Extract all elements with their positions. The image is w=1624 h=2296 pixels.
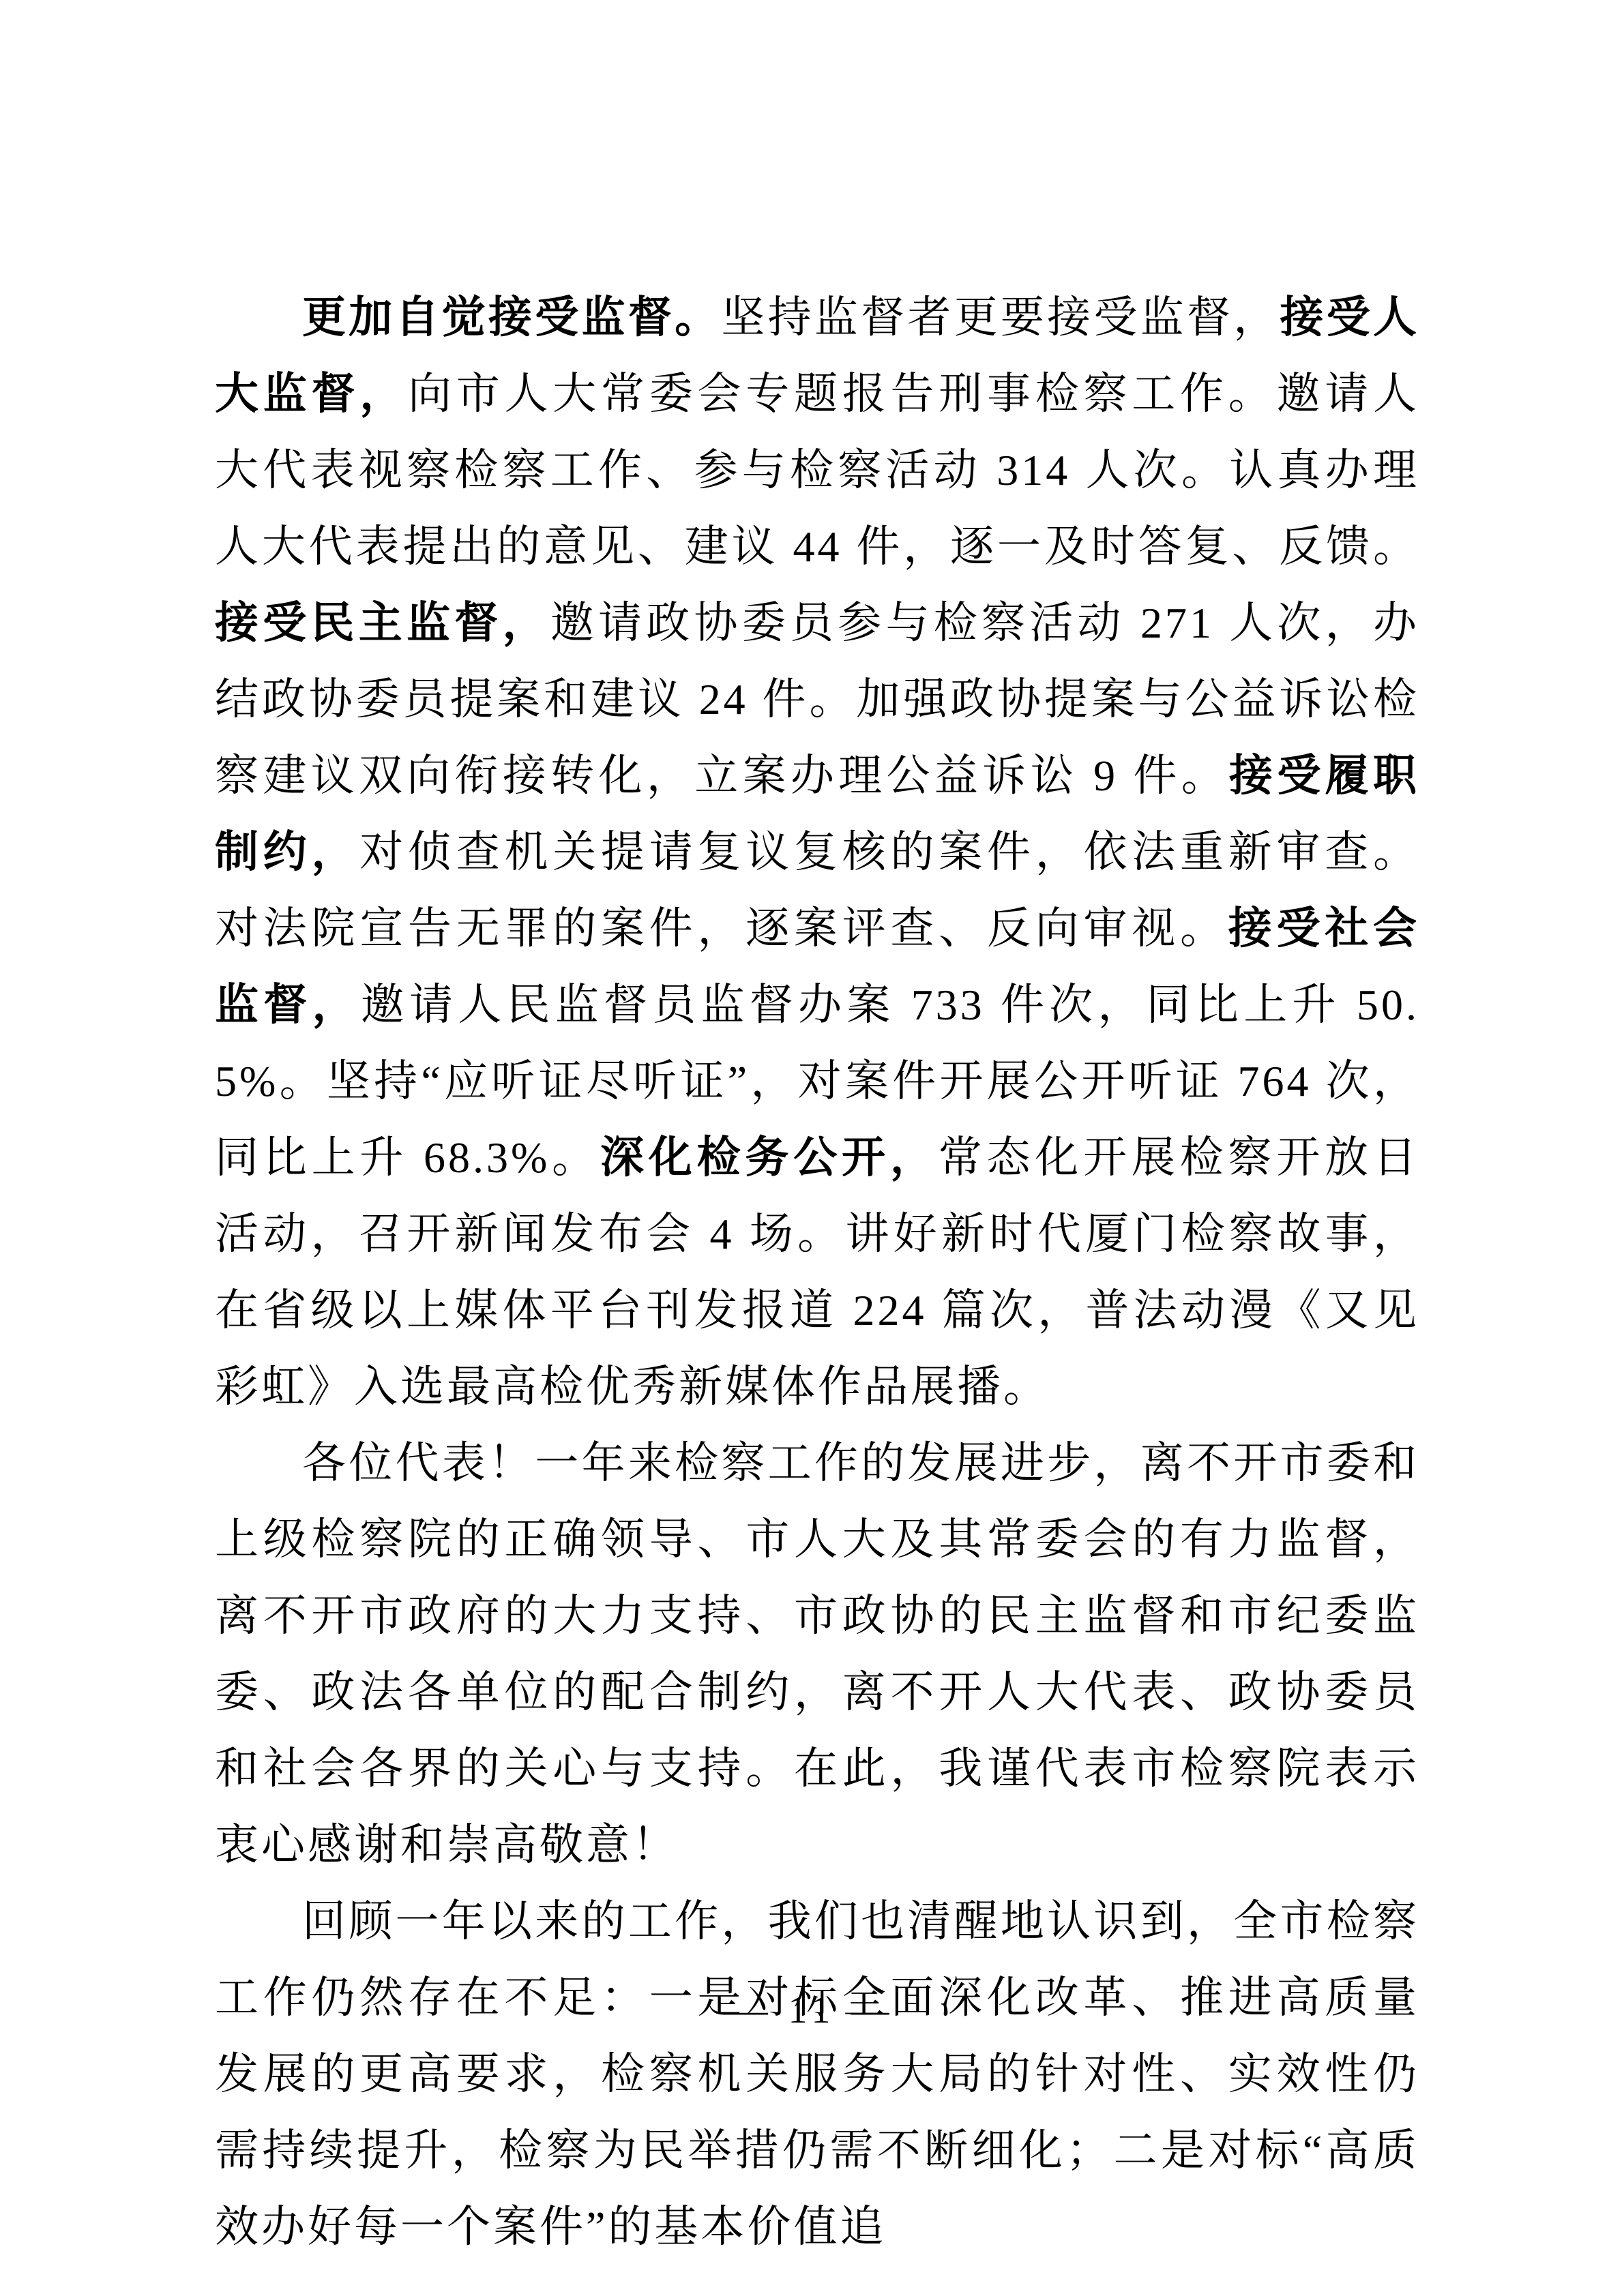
text-run: 各位代表！一年来检察工作的发展进步，离不开市委和上级检察院的正确领导、市人大及其… <box>215 1439 1419 1869</box>
emphasis-run: 接受民主监督， <box>215 599 550 647</box>
page-number: — 11 — <box>0 1988 1624 2032</box>
emphasis-run: 深化检务公开， <box>600 1133 939 1182</box>
document-body: 更加自觉接受监督。坚持监督者更要接受监督，接受人大监督，向市人大常委会专题报告刑… <box>215 280 1419 2265</box>
text-run: 回顾一年以来的工作，我们也清醒地认识到，全市检察工作仍然存在不足：一是对标全面深… <box>215 1897 1419 2251</box>
emphasis-run: 更加自觉接受监督。 <box>302 293 721 342</box>
text-run: 坚持监督者更要接受监督， <box>721 293 1280 342</box>
paragraph: 更加自觉接受监督。坚持监督者更要接受监督，接受人大监督，向市人大常委会专题报告刑… <box>215 280 1419 1425</box>
paragraph: 各位代表！一年来检察工作的发展进步，离不开市委和上级检察院的正确领导、市人大及其… <box>215 1425 1419 1883</box>
paragraph: 回顾一年以来的工作，我们也清醒地认识到，全市检察工作仍然存在不足：一是对标全面深… <box>215 1883 1419 2265</box>
document-page: 更加自觉接受监督。坚持监督者更要接受监督，接受人大监督，向市人大常委会专题报告刑… <box>0 0 1624 2296</box>
